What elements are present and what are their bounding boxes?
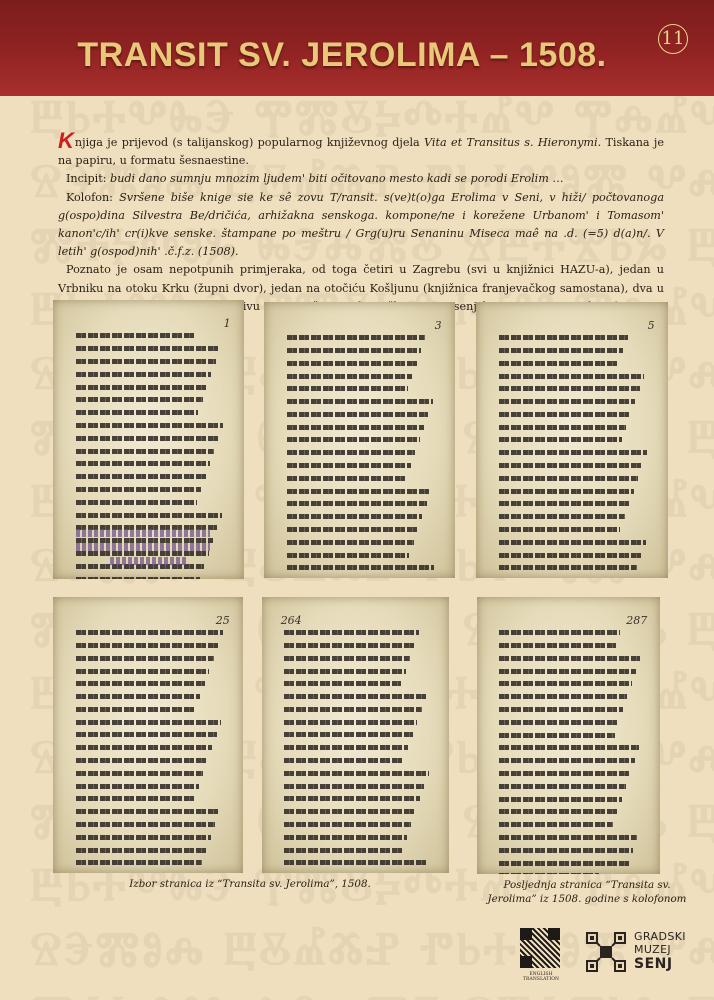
text-line bbox=[76, 771, 203, 776]
text-line bbox=[284, 681, 401, 686]
text-line bbox=[76, 835, 211, 840]
text-line bbox=[76, 474, 206, 479]
text-line bbox=[499, 514, 625, 519]
text-line bbox=[499, 643, 616, 648]
text-line bbox=[76, 809, 220, 814]
text-line bbox=[284, 643, 414, 648]
drop-cap: K bbox=[58, 136, 74, 146]
text-line bbox=[287, 553, 409, 558]
text-line bbox=[287, 335, 426, 340]
text-line bbox=[76, 643, 218, 648]
text-line bbox=[499, 553, 641, 558]
text-line bbox=[76, 551, 209, 556]
text-line bbox=[76, 487, 201, 492]
text-line bbox=[499, 463, 643, 468]
manuscript-page-photo: 264 bbox=[262, 597, 449, 873]
text-line bbox=[499, 399, 635, 404]
text-line bbox=[287, 399, 433, 404]
panel-number-badge: 11 bbox=[658, 24, 688, 54]
text-line bbox=[499, 797, 622, 802]
text-line bbox=[76, 681, 205, 686]
text-line bbox=[76, 372, 212, 377]
manuscript-page-photo: 3 bbox=[264, 302, 455, 578]
text-line bbox=[76, 500, 197, 505]
manuscript-page-photo: 1 bbox=[53, 300, 244, 579]
text-line bbox=[76, 359, 216, 364]
text-line bbox=[287, 437, 420, 442]
text-line bbox=[284, 694, 425, 699]
text-line bbox=[284, 669, 405, 674]
qr-label: ENGLISH TRANSLATION bbox=[512, 972, 570, 982]
text-line bbox=[76, 822, 215, 827]
text-line bbox=[499, 758, 635, 763]
kolofon-paragraph: Kolofon: Svršene biše knige sie ke sê zo… bbox=[58, 189, 664, 262]
text-line bbox=[499, 335, 628, 340]
printed-text-lines bbox=[76, 630, 224, 873]
text-line bbox=[284, 835, 407, 840]
text-line bbox=[76, 630, 223, 635]
text-line bbox=[284, 822, 411, 827]
text-line bbox=[284, 809, 415, 814]
text-line bbox=[76, 333, 195, 338]
text-line bbox=[499, 630, 620, 635]
incipit-paragraph: Incipit: budi dano sumnju mnozim ljudem'… bbox=[58, 170, 664, 188]
text-line bbox=[76, 707, 196, 712]
text-line bbox=[499, 565, 637, 570]
text-line bbox=[499, 669, 636, 674]
text-line bbox=[499, 348, 623, 353]
printed-text-lines bbox=[499, 335, 649, 578]
text-line bbox=[499, 412, 631, 417]
manuscript-page-photo: 25 bbox=[53, 597, 243, 873]
text-line bbox=[499, 476, 638, 481]
text-line bbox=[287, 425, 424, 430]
text-line bbox=[76, 848, 206, 853]
text-line bbox=[284, 771, 428, 776]
text-line bbox=[76, 436, 219, 441]
text-line bbox=[76, 720, 221, 725]
library-stamp bbox=[76, 529, 210, 537]
text-line bbox=[284, 720, 417, 725]
text-line bbox=[499, 386, 640, 391]
text-line bbox=[499, 425, 626, 430]
text-line bbox=[76, 745, 212, 750]
text-line bbox=[499, 822, 613, 827]
text-line bbox=[76, 732, 217, 737]
text-line bbox=[284, 860, 427, 865]
text-line bbox=[284, 707, 421, 712]
text-line bbox=[284, 796, 420, 801]
manuscript-page-photo: 5 bbox=[476, 302, 668, 578]
intro-paragraph: Knjiga je prijevod (s talijanskog) popul… bbox=[58, 134, 664, 170]
qr-code[interactable] bbox=[520, 928, 560, 968]
text-line bbox=[76, 669, 209, 674]
text-line bbox=[287, 565, 435, 570]
text-line bbox=[287, 374, 412, 379]
text-line bbox=[284, 784, 424, 789]
page-title: TRANSIT SV. JEROLIMA – 1508. bbox=[0, 36, 714, 75]
text-line bbox=[76, 423, 224, 428]
text-line bbox=[499, 450, 647, 455]
printed-text-lines bbox=[499, 630, 642, 874]
text-line bbox=[499, 437, 622, 442]
text-line bbox=[76, 397, 203, 402]
text-line bbox=[76, 385, 207, 390]
description-text: Knjiga je prijevod (s talijanskog) popul… bbox=[58, 134, 664, 316]
text-line bbox=[284, 656, 409, 661]
text-line bbox=[499, 361, 619, 366]
text-line bbox=[284, 848, 402, 853]
text-line bbox=[499, 527, 620, 532]
museum-logo-text: GRADSKI MUZEJ SENJ bbox=[634, 930, 686, 972]
last-page-caption: Posljednja stranica “Transita sv. Jeroli… bbox=[470, 878, 704, 906]
text-line bbox=[76, 346, 221, 351]
text-line bbox=[284, 745, 408, 750]
text-line bbox=[284, 630, 418, 635]
text-line bbox=[499, 861, 629, 866]
text-line bbox=[76, 860, 202, 865]
text-line bbox=[499, 694, 627, 699]
text-line bbox=[287, 412, 429, 417]
text-line bbox=[499, 681, 632, 686]
text-line bbox=[287, 463, 411, 468]
text-line bbox=[76, 784, 199, 789]
gallery-caption: Izbor stranica iz “Transita sv. Jerolima… bbox=[100, 877, 400, 891]
text-line bbox=[287, 540, 414, 545]
text-line bbox=[499, 707, 623, 712]
text-line bbox=[499, 501, 629, 506]
text-line bbox=[76, 461, 210, 466]
text-line bbox=[76, 758, 208, 763]
text-line bbox=[499, 733, 615, 738]
text-line bbox=[76, 796, 195, 801]
printed-text-lines bbox=[287, 335, 436, 578]
text-line bbox=[499, 848, 633, 853]
header-banner: TRANSIT SV. JEROLIMA – 1508. 11 bbox=[0, 0, 714, 96]
text-line bbox=[287, 489, 432, 494]
text-line bbox=[287, 514, 423, 519]
printed-text-lines bbox=[284, 630, 430, 873]
text-line bbox=[499, 835, 637, 840]
text-line bbox=[284, 758, 404, 763]
text-line bbox=[76, 577, 200, 579]
text-line bbox=[287, 527, 418, 532]
text-line bbox=[499, 784, 626, 789]
text-line bbox=[499, 809, 617, 814]
text-line bbox=[287, 476, 406, 481]
text-line bbox=[287, 386, 408, 391]
manuscript-page-photo: 287 bbox=[477, 597, 660, 874]
library-stamp bbox=[76, 543, 210, 551]
text-line bbox=[76, 410, 198, 415]
text-line bbox=[284, 732, 412, 737]
text-line bbox=[287, 361, 417, 366]
text-line bbox=[76, 449, 215, 454]
text-line bbox=[499, 374, 644, 379]
text-line bbox=[287, 348, 421, 353]
text-line bbox=[499, 656, 640, 661]
text-line bbox=[499, 745, 639, 750]
text-line bbox=[76, 694, 200, 699]
text-line bbox=[287, 450, 415, 455]
text-line bbox=[76, 513, 222, 518]
text-line bbox=[499, 873, 599, 874]
text-line bbox=[499, 771, 630, 776]
text-line bbox=[499, 540, 646, 545]
text-line bbox=[287, 501, 427, 506]
text-line bbox=[499, 489, 634, 494]
text-line bbox=[76, 656, 214, 661]
library-stamp bbox=[110, 557, 186, 565]
text-line bbox=[499, 720, 619, 725]
museum-logo-icon bbox=[586, 932, 626, 972]
